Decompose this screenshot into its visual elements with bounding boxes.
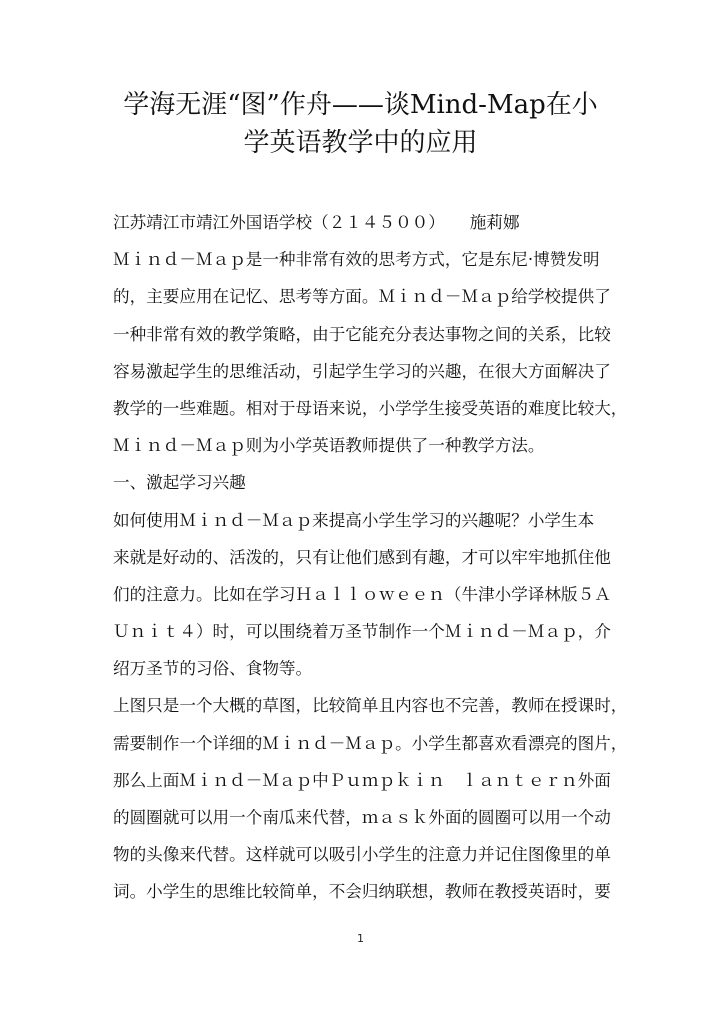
section-heading: 一、激起学习兴趣 <box>113 464 613 501</box>
paragraph-line: 来就是好动的、活泼的，只有让他们感到有趣，才可以牢牢地抓住他 <box>113 539 613 576</box>
paragraph-line: 容易激起学生的思维活动，引起学生学习的兴趣，在很大方面解决了 <box>113 353 613 390</box>
paragraph-line: Ｍｉｎｄ－Ｍａｐ则为小学英语教师提供了一种教学方法。 <box>113 427 613 464</box>
document-body: 江苏靖江市靖江外国语学校（２１４５００） 施莉娜 Ｍｉｎｄ－Ｍａｐ是一种非常有效… <box>113 204 613 911</box>
page-number: 1 <box>0 932 721 945</box>
paragraph-line: 们的注意力。比如在学习Ｈａｌｌｏｗｅｅｎ（牛津小学译林版５Ａ <box>113 576 613 613</box>
document-title: 学海无涯“图”作舟——谈Mind-Map在小 学英语教学中的应用 <box>80 86 641 162</box>
paragraph-line: 的圆圈就可以用一个南瓜来代替，ｍａｓｋ外面的圆圈可以用一个动 <box>113 799 613 836</box>
author-affiliation: 江苏靖江市靖江外国语学校（２１４５００） 施莉娜 <box>113 204 613 241</box>
paragraph-line: 教学的一些难题。相对于母语来说，小学学生接受英语的难度比较大， <box>113 390 613 427</box>
paragraph-line: Ｍｉｎｄ－Ｍａｐ是一种非常有效的思考方式，它是东尼·博赞发明 <box>113 241 613 278</box>
paragraph-line: 如何使用Ｍｉｎｄ－Ｍａｐ来提高小学生学习的兴趣呢？小学生本 <box>113 502 613 539</box>
paragraph-line: 需要制作一个详细的Ｍｉｎｄ－Ｍａｐ。小学生都喜欢看漂亮的图片， <box>113 725 613 762</box>
title-line-2: 学英语教学中的应用 <box>80 124 641 162</box>
paragraph-line: 词。小学生的思维比较简单，不会归纳联想，教师在教授英语时，要 <box>113 873 613 910</box>
paragraph-line: 物的头像来代替。这样就可以吸引小学生的注意力并记住图像里的单 <box>113 836 613 873</box>
title-line-1: 学海无涯“图”作舟——谈Mind-Map在小 <box>80 86 641 124</box>
paragraph-line: 绍万圣节的习俗、食物等。 <box>113 650 613 687</box>
paragraph-line: 上图只是一个大概的草图，比较简单且内容也不完善，教师在授课时， <box>113 687 613 724</box>
paragraph-line: 的，主要应用在记忆、思考等方面。Ｍｉｎｄ－Ｍａｐ给学校提供了 <box>113 278 613 315</box>
paragraph-line: 一种非常有效的教学策略，由于它能充分表达事物之间的关系，比较 <box>113 316 613 353</box>
document-page: 学海无涯“图”作舟——谈Mind-Map在小 学英语教学中的应用 江苏靖江市靖江… <box>0 0 721 1020</box>
paragraph-line: 那么上面Ｍｉｎｄ－Ｍａｐ中Ｐｕｍｐｋｉｎ ｌａｎｔｅｒｎ外面 <box>113 762 613 799</box>
paragraph-line: Ｕｎｉｔ４）时，可以围绕着万圣节制作一个Ｍｉｎｄ－Ｍａｐ，介 <box>113 613 613 650</box>
